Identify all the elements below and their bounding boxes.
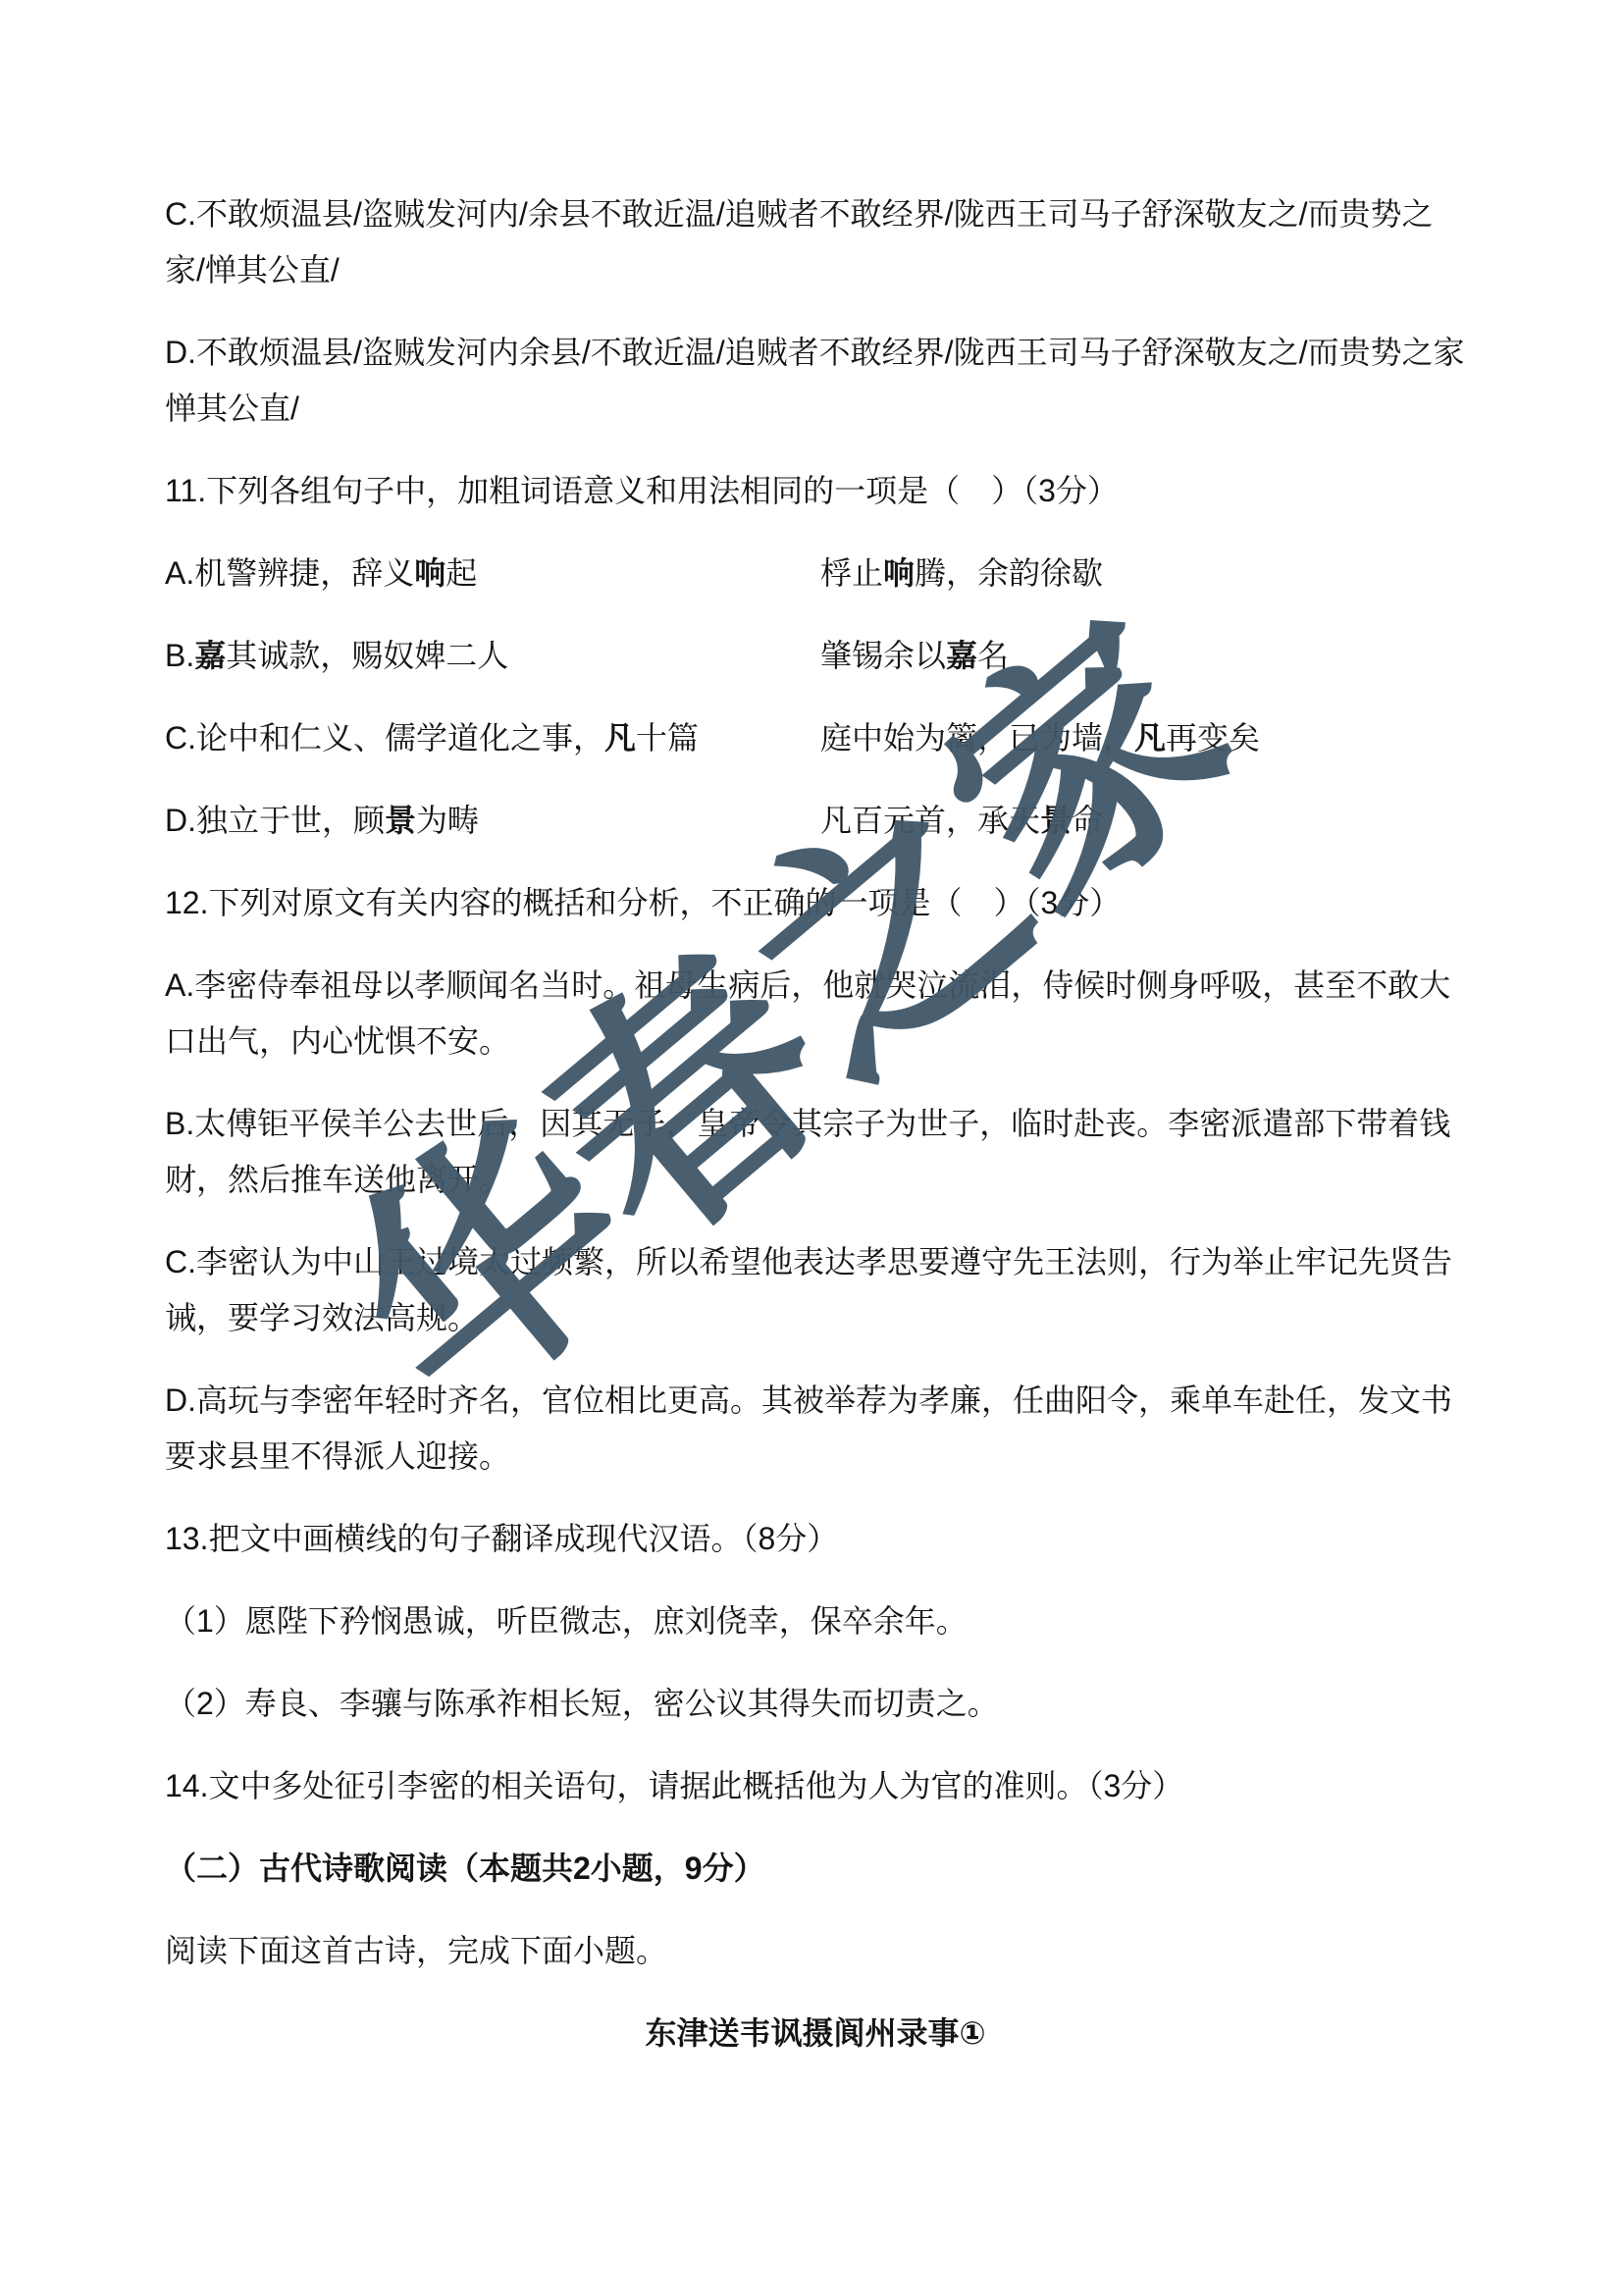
q11-option-a-left: A.机警辨捷，辞义响起 [165,546,820,601]
q11-option-c-right: 庭中始为篱，已为墙，凡再变矣 [820,710,1466,766]
q11-option-c: C.论中和仁义、儒学道化之事，凡十篇 庭中始为篱，已为墙，凡再变矣 [165,710,1466,766]
q11-option-b: B.嘉其诚款，赐奴婢二人 肇锡余以嘉名 [165,628,1466,684]
q11-option-d-left: D.独立于世，顾景为畴 [165,793,820,849]
q12-option-c: C.李密认为中山王过境太过频繁，所以希望他表达孝思要遵守先王法则，行为举止牢记先… [165,1234,1466,1346]
q12-option-a: A.李密侍奉祖母以孝顺闻名当时。祖母生病后，他就哭泣流泪，侍候时侧身呼吸，甚至不… [165,958,1466,1070]
q10-option-d: D.不敢烦温县/盗贼发河内余县/不敢近温/追贼者不敢经界/陇西王司马子舒深敬友之… [165,325,1466,437]
q11-option-a: A.机警辨捷，辞义响起 桴止响腾，余韵徐歇 [165,546,1466,601]
q11-option-c-left: C.论中和仁义、儒学道化之事，凡十篇 [165,710,820,766]
poem-title: 东津送韦讽摄阆州录事① [165,2006,1466,2061]
q12-prompt: 12.下列对原文有关内容的概括和分析，不正确的一项是（ ）（3分） [165,875,1466,931]
section-2-heading: （二）古代诗歌阅读（本题共2小题，9分） [165,1841,1466,1897]
q11-option-b-right: 肇锡余以嘉名 [820,628,1466,684]
section-2-intro: 阅读下面这首古诗，完成下面小题。 [165,1923,1466,1979]
q11-option-d-right: 凡百元首，承天景命 [820,793,1466,849]
q13-prompt: 13.把文中画横线的句子翻译成现代汉语。（8分） [165,1511,1466,1567]
q11-prompt: 11.下列各组句子中，加粗词语意义和用法相同的一项是（ ）（3分） [165,463,1466,519]
exam-page: C.不敢烦温县/盗贼发河内/余县不敢近温/追贼者不敢经界/陇西王司马子舒深敬友之… [0,0,1623,2296]
exam-content: C.不敢烦温县/盗贼发河内/余县不敢近温/追贼者不敢经界/陇西王司马子舒深敬友之… [165,186,1466,2088]
q11-option-a-right: 桴止响腾，余韵徐歇 [820,546,1466,601]
q12-option-b: B.太傅钜平侯羊公去世后，因其无子，皇帝令其宗子为世子，临时赴丧。李密派遣部下带… [165,1096,1466,1208]
q13-item-2: （2）寿良、李骧与陈承祚相长短，密公议其得失而切责之。 [165,1676,1466,1732]
q11-option-b-left: B.嘉其诚款，赐奴婢二人 [165,628,820,684]
q13-item-1: （1）愿陛下矜悯愚诚，听臣微志，庶刘侥幸，保卒余年。 [165,1593,1466,1649]
q10-option-c: C.不敢烦温县/盗贼发河内/余县不敢近温/追贼者不敢经界/陇西王司马子舒深敬友之… [165,186,1466,298]
q12-option-d: D.高玩与李密年轻时齐名，官位相比更高。其被举荐为孝廉，任曲阳令，乘单车赴任，发… [165,1373,1466,1485]
q14-prompt: 14.文中多处征引李密的相关语句，请据此概括他为人为官的准则。（3分） [165,1758,1466,1814]
q11-option-d: D.独立于世，顾景为畴 凡百元首，承天景命 [165,793,1466,849]
